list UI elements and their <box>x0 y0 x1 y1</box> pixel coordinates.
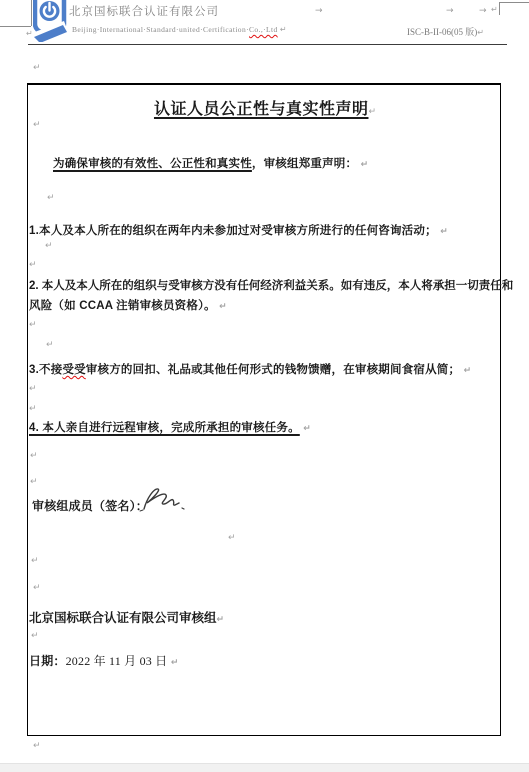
word-document-page: 北京国标联合认证有限公司 → → → ↵ Beijing·Internation… <box>0 0 529 772</box>
declaration-intro: 为确保审核的有效性、公正性和真实性，审核组郑重声明： ↵ <box>53 155 368 171</box>
pilcrow-mark: ↵ <box>280 25 287 34</box>
pilcrow-mark: ↵ <box>361 160 369 170</box>
date-value: 2022 年 11 月 03 日 <box>66 654 168 668</box>
pilcrow-mark: ↵ <box>33 64 41 73</box>
pilcrow-mark: ↵ <box>31 632 39 641</box>
pilcrow-mark: ↵ <box>171 658 179 668</box>
tab-mark: → <box>315 6 323 16</box>
header-divider <box>28 44 507 45</box>
crop-mark-top-left-v <box>31 0 32 26</box>
pilcrow-mark: ↵ <box>33 742 41 751</box>
crop-mark-top-left-h <box>0 26 31 27</box>
pilcrow-mark: ↵ <box>29 405 37 414</box>
pilcrow-mark: ↵ <box>33 121 41 130</box>
date-line: 日期：2022 年 11 月 03 日 ↵ <box>29 652 179 669</box>
company-name-en-main: Beijing·International·Standard·united·Ce… <box>72 25 249 34</box>
pilcrow-mark: ↵ <box>30 452 38 461</box>
pilcrow-mark: ↵ <box>46 341 54 350</box>
pilcrow-mark: ↵ <box>29 321 37 330</box>
pilcrow-mark: ↵ <box>33 584 41 593</box>
pilcrow-mark: ↵ <box>491 6 498 14</box>
declaration-border-box <box>27 83 501 736</box>
declaration-item-2-line1: 2. 本人及本人所在的组织与受审核方没有任何经济利益关系。如有违反，本人将承担一… <box>29 277 513 293</box>
company-name-cn: 北京国标联合认证有限公司 <box>69 3 219 19</box>
declaration-item-2-line2: 风险（如 CCAA 注销审核员资格）。 ↵ <box>29 297 227 313</box>
date-label: 日期： <box>29 654 66 668</box>
pilcrow-mark: ↵ <box>303 424 311 434</box>
doc-code: ISC-B-II-06(05 版)↵ <box>407 25 484 38</box>
tab-mark: → <box>446 6 454 16</box>
pilcrow-mark: ↵ <box>29 385 37 394</box>
pilcrow-mark: ↵ <box>45 242 53 251</box>
declaration-item-3: 3.不接受受审核方的回扣、礼品或其他任何形式的钱物馈赠，在审核期间食宿从简； ↵ <box>29 361 471 377</box>
pilcrow-mark: ↵ <box>30 478 38 487</box>
pilcrow-mark: ↵ <box>29 261 37 270</box>
item3-spellcheck: 受受 <box>62 364 85 376</box>
handwritten-signature <box>137 484 189 516</box>
pilcrow-mark: ↵ <box>368 107 376 117</box>
signature-label: 审核组成员（签名）： <box>32 497 148 514</box>
pilcrow-mark: ↵ <box>31 557 39 566</box>
tab-mark: → <box>479 6 487 16</box>
item3-pre: 3.不接 <box>29 364 62 376</box>
item3-rest: 审核方的回扣、礼品或其他任何形式的钱物馈赠，在审核期间食宿从简； <box>86 364 460 376</box>
page-edge-background <box>0 763 529 772</box>
intro-rest: ，审核组郑重声明： <box>252 158 357 170</box>
pilcrow-mark: ↵ <box>26 30 33 38</box>
pilcrow-mark: ↵ <box>47 194 55 203</box>
pilcrow-mark: ↵ <box>219 302 227 312</box>
team-signoff: 北京国标联合认证有限公司审核组↵ <box>29 608 224 626</box>
pilcrow-mark: ↵ <box>477 28 484 37</box>
pilcrow-mark: ↵ <box>440 227 448 237</box>
page-title: 认证人员公正性与真实性声明↵ <box>27 96 503 119</box>
company-name-en: Beijing·International·Standard·united·Ce… <box>72 25 287 34</box>
crop-mark-top-right-v <box>499 2 500 15</box>
declaration-item-1: 1.本人及本人所在的组织在两年内未参加过对受审核方所进行的任何咨询活动； ↵ <box>29 222 448 238</box>
intro-underlined: 为确保审核的有效性、公正性和真实性 <box>53 158 252 170</box>
pilcrow-mark: ↵ <box>228 534 236 543</box>
declaration-item-4: 4. 本人亲自进行远程审核，完成所承担的审核任务。 ↵ <box>29 419 311 435</box>
company-logo-icon <box>33 0 67 42</box>
pilcrow-mark: ↵ <box>464 366 472 376</box>
crop-mark-top-right-h <box>499 2 529 3</box>
company-name-en-spellcheck: Co.,·Ltd <box>249 25 278 34</box>
pilcrow-mark: ↵ <box>217 615 225 625</box>
